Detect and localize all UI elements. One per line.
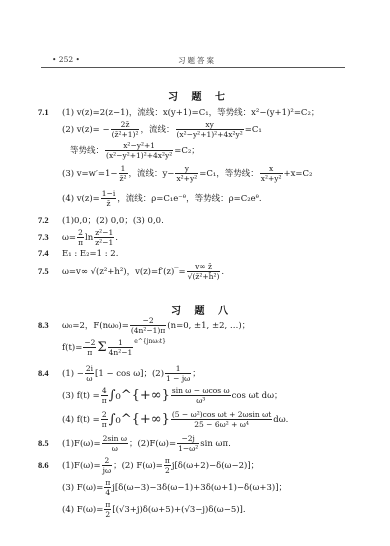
- answer-7-5: 7.5ω=v∞ √(z²+h²)，v(z)=f′(z)‾=v∞ z̄√(z̄²+…: [38, 262, 224, 281]
- running-title: 习题答案: [178, 55, 216, 66]
- section-title-8: 习 题 八: [171, 302, 233, 317]
- answer-8-4-part-3: (3) f(t) =4π∫₀^{+∞}sin ω − ωcos ωω³cos ω…: [62, 386, 283, 405]
- header-rule: [41, 67, 345, 68]
- page-number: • 252 •: [52, 55, 80, 64]
- answer-8-4-part-4: (4) f(t) =2π∫₀^{+∞}(5 − ω²)cos ωt + 2ωsi…: [62, 410, 288, 429]
- answer-8-3-line-2: f(t)=−2πΣ14n²−1e^{jnω₀t}: [62, 338, 166, 357]
- answer-7-1-equipotential: 等势线：x²−y²+1(x²−y²+1)²+4x²y²=C₂；: [70, 141, 200, 160]
- answer-8-5: 8.5(1)F(ω)=2sin ωω；(2)F(ω)=−2j1−ω²sin ωπ…: [38, 434, 231, 453]
- answer-7-1-part-4: (4) v(z)=1−iz̄，流线：ρ=C₁e⁻ᶿ，等势线：ρ=C₂eᶿ.: [62, 189, 262, 208]
- answer-7-1-part-2: (2) v(z)= −2z̄(z̄²+1)²，流线：xy(x²−y²+1)²+4…: [62, 120, 262, 139]
- answer-7-3: 7.3ω=2πlnz²−1z²−1.: [38, 228, 118, 247]
- answer-7-4: 7.4E₁ : E₂=1 : 2.: [38, 248, 118, 259]
- answer-8-4-line-1: 8.4(1) −2iω[1 − cos ω]；(2)11 − jω；: [38, 364, 201, 383]
- answer-8-3-line-1: 8.3ω₀=2，F(nω₀)=−2(4n²−1)π(n=0, ±1, ±2, ……: [38, 316, 250, 335]
- answer-7-1-part-3: (3) v=w′=1−1z̄²，流线：y−yx²+y²=C₁，等势线：xx²+y…: [62, 164, 312, 183]
- section-title-7: 习 题 七: [168, 88, 230, 103]
- answer-7-1-part-1: 7.1(1) v(z)=2(z−1)，流线：x(y+1)=C₁，等势线：x²−(…: [38, 106, 319, 118]
- answer-8-6-part-3: (3) F(ω)=π4j[δ(ω−3)−3δ(ω−1)+3δ(ω+1)−δ(ω+…: [62, 478, 287, 497]
- answer-number: 7.1: [38, 107, 62, 117]
- answer-7-2: 7.2(1)0,0；(2) 0,0；(3) 0,0.: [38, 214, 164, 226]
- answer-8-6-part-4: (4) F(ω)=π2[(√3+j)δ(ω+5)+(√3−j)δ(ω−5)].: [62, 500, 246, 519]
- answer-8-6-line-1: 8.6(1)F(ω)=2jω；(2) F(ω)=π2j[δ(ω+2)−δ(ω−2…: [38, 456, 259, 475]
